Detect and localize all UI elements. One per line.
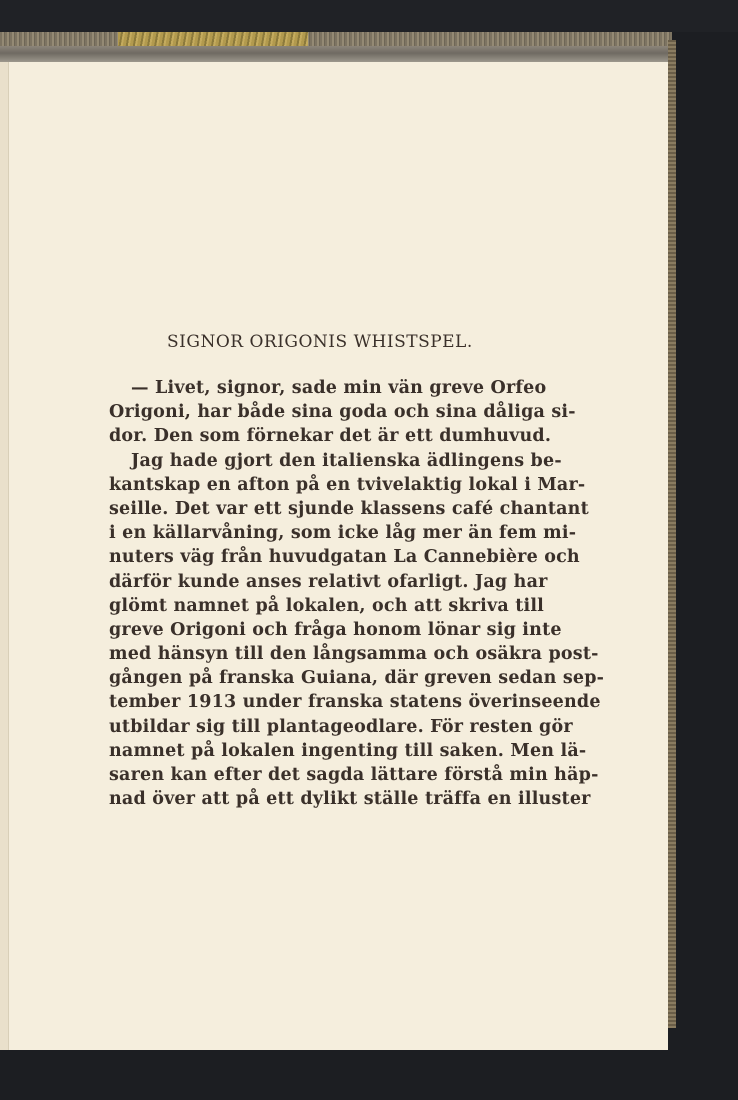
text-line: kantskap en afton på en tvivelaktig loka… [109,473,543,497]
text-line: namnet på lokalen ingenting till saken. … [109,739,543,763]
book-cover-top-edge [0,32,672,46]
text-line: i en källarvåning, som icke låg mer än f… [109,521,543,545]
background [0,0,738,32]
page-gutter [0,62,9,1050]
text-line: med hänsyn till den långsamma och osäkra… [109,642,543,666]
text-line: utbildar sig till plantageodlare. För re… [109,715,543,739]
chapter-heading: SIGNOR ORIGONIS WHISTSPEL. [167,332,473,352]
text-line: tember 1913 under franska statens överin… [109,690,543,714]
text-line: Jag hade gjort den italienska ädlingens … [109,449,543,473]
book-cover-right-edge [668,40,676,1028]
text-line: dor. Den som förnekar det är ett dumhuvu… [109,424,543,448]
text-line: nuters väg från huvudgatan La Cannebière… [109,545,543,569]
text-line: gången på franska Guiana, där greven sed… [109,666,543,690]
text-line: — Livet, signor, sade min vän greve Orfe… [109,376,543,400]
text-line: nad över att på ett dylikt ställe träffa… [109,787,543,811]
text-line: Origoni, har både sina goda och sina dål… [109,400,543,424]
text-line: saren kan efter det sagda lättare förstå… [109,763,543,787]
text-line: greve Origoni och fråga honom lönar sig … [109,618,543,642]
text-line: glömt namnet på lokalen, och att skriva … [109,594,543,618]
text-line: därför kunde anses relativt ofarligt. Ja… [109,570,543,594]
body-paragraph: — Livet, signor, sade min vän greve Orfe… [109,376,543,811]
gilt-decoration [118,32,308,46]
text-line: seille. Det var ett sjunde klassens café… [109,497,543,521]
